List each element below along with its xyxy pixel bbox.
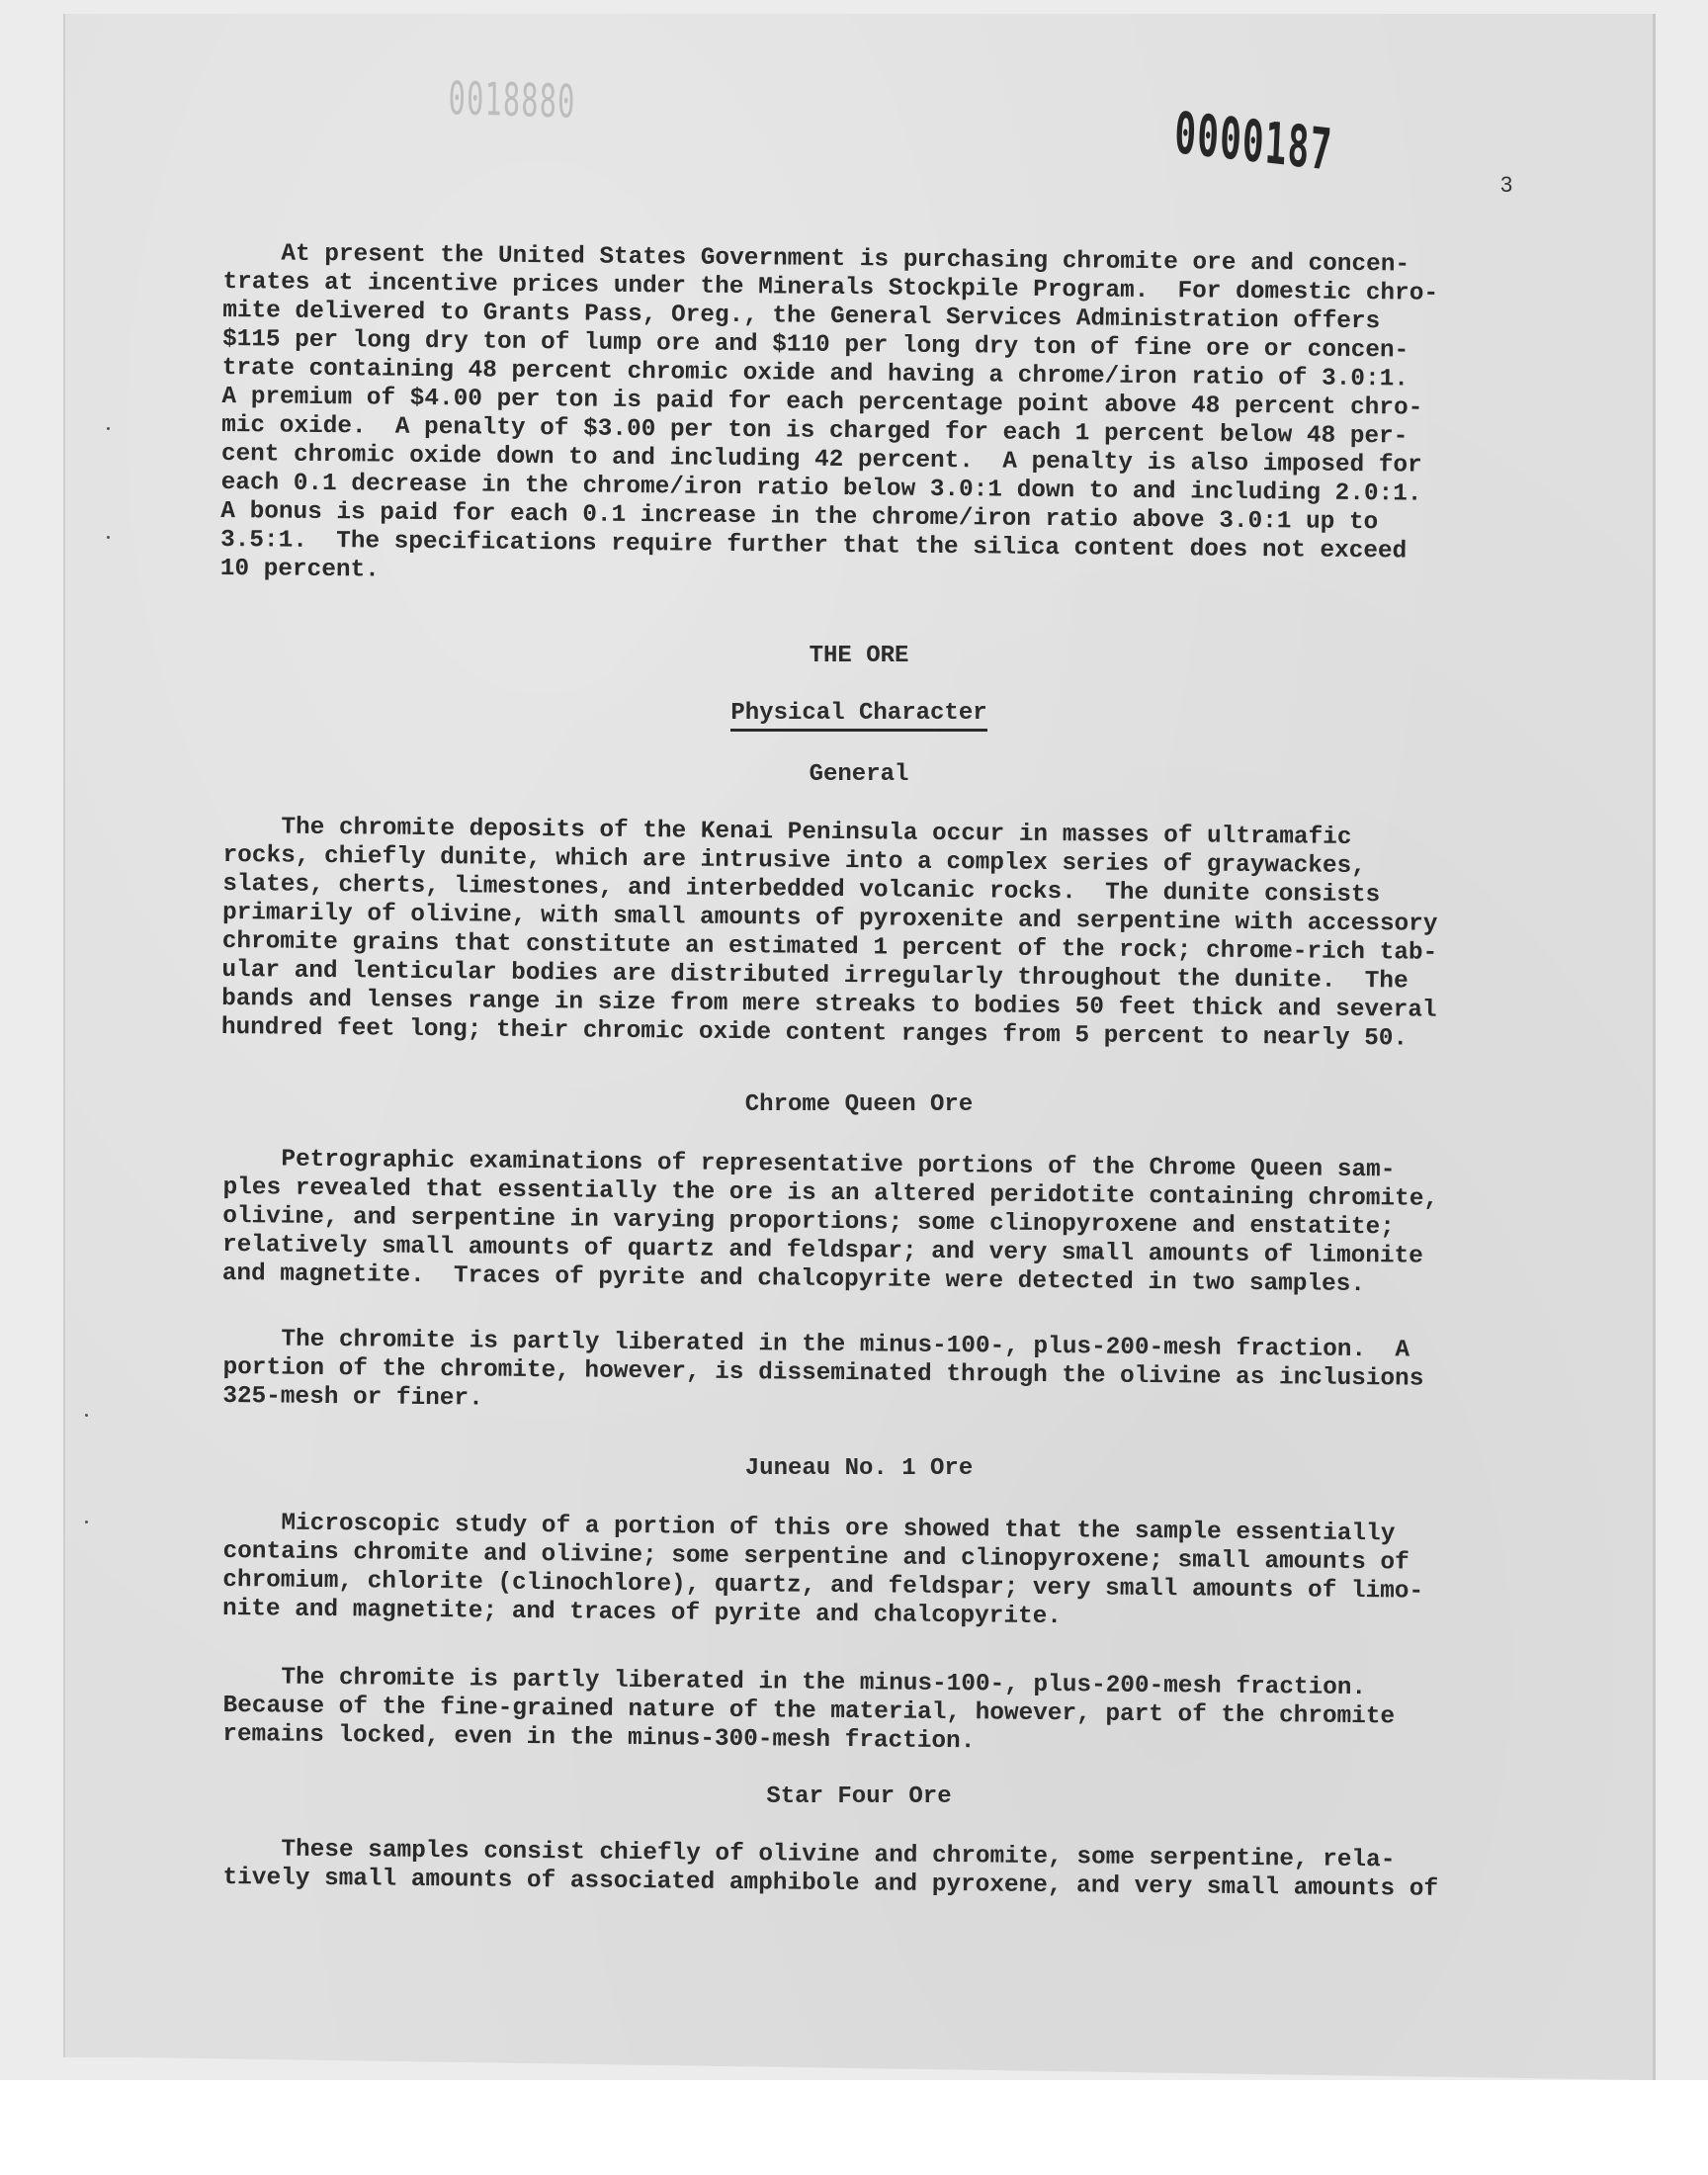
paragraph-chrome-queen-liberation: The chromite is partly liberated in the … <box>222 1325 1578 1424</box>
page-number: 3 <box>1500 172 1512 198</box>
paragraph-juneau-microscopic: Microscopic study of a portion of this o… <box>222 1509 1578 1636</box>
section-heading-the-ore: THE ORE <box>65 643 1653 669</box>
heading-star-four-ore: Star Four Ore <box>65 1783 1653 1810</box>
heading-general: General <box>65 761 1653 788</box>
heading-juneau-ore: Juneau No. 1 Ore <box>65 1455 1653 1482</box>
document-page: 0018880 0000187 3 At present the United … <box>63 14 1656 2080</box>
subsection-heading-physical-character: Physical Character <box>65 700 1653 727</box>
paragraph-chrome-queen-petrography: Petrographic examinations of representat… <box>222 1145 1578 1301</box>
paragraph-purchase-program: At present the United States Government … <box>220 239 1578 596</box>
paragraph-star-four: These samples consist chiefly of olivine… <box>222 1835 1577 1905</box>
scan-speck <box>107 536 110 539</box>
paragraph-general: The chromite deposits of the Kenai Penin… <box>221 813 1578 1055</box>
subsection-heading-text: Physical Character <box>730 700 986 732</box>
paragraph-juneau-liberation: The chromite is partly liberated in the … <box>222 1663 1578 1762</box>
scan-speck <box>107 427 110 430</box>
bleed-through-stamp: 0018880 <box>448 71 575 129</box>
document-number-stamp: 0000187 <box>1173 99 1334 184</box>
heading-chrome-queen-ore: Chrome Queen Ore <box>65 1091 1653 1118</box>
scan-speck <box>85 1521 88 1523</box>
scan-speck <box>85 1414 88 1417</box>
